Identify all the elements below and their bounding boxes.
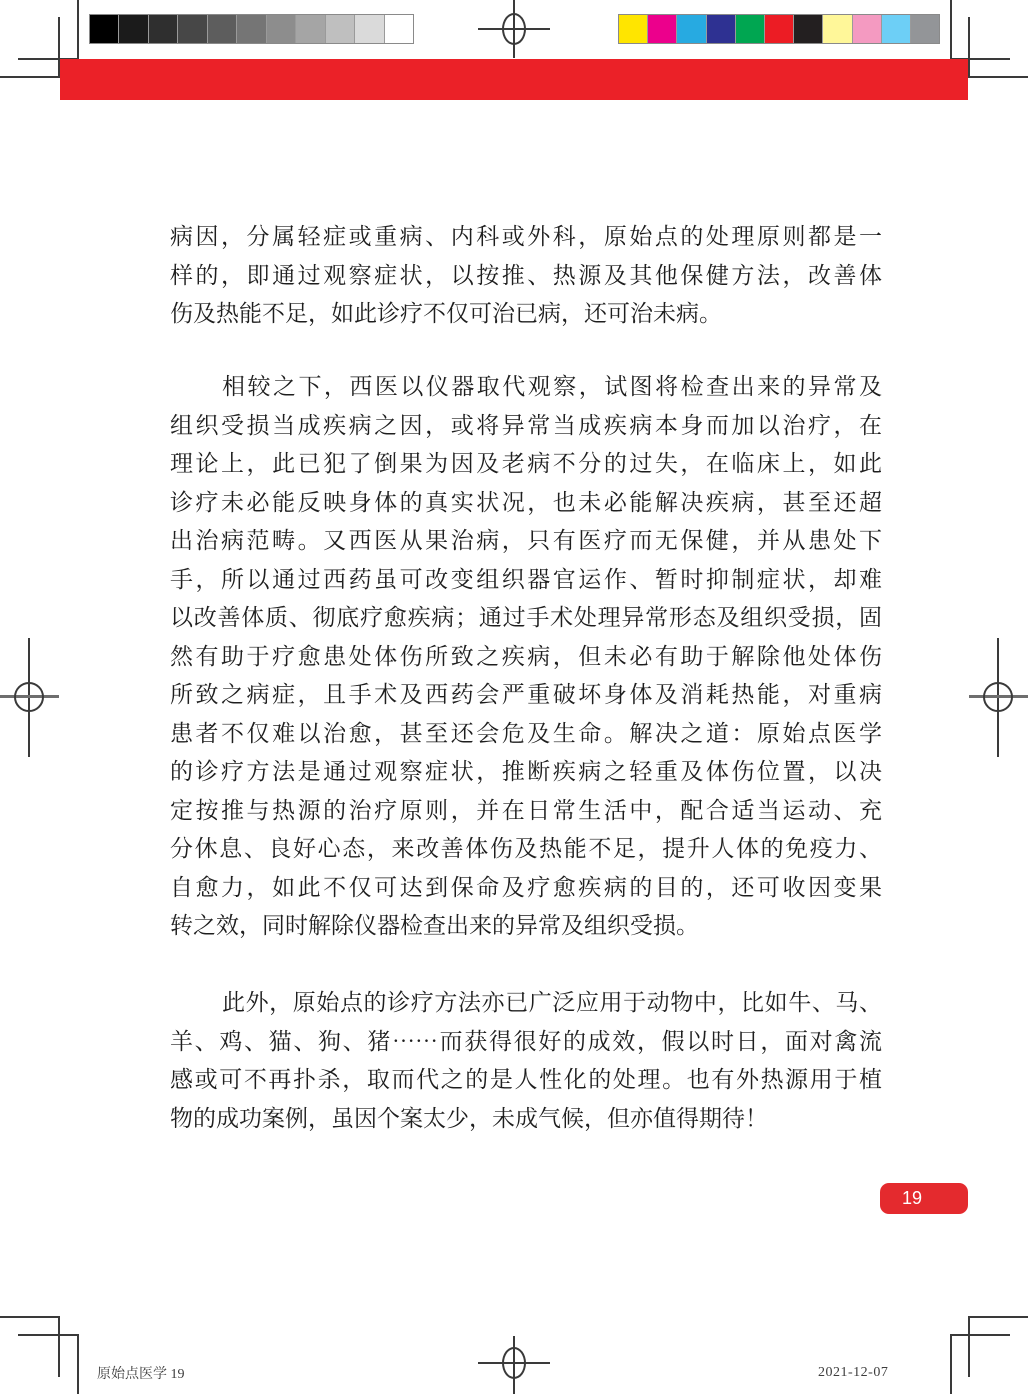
crop-mark	[968, 76, 1028, 78]
calibration-swatch	[355, 15, 384, 43]
paragraph: 此外，原始点的诊疗方法亦已广泛应用于动物中，比如牛、马、 羊、鸡、猫、狗、猪⋯⋯…	[170, 983, 882, 1137]
text-line: 定按推与热源的治疗原则，并在日常生活中，配合适当运动、充	[170, 791, 882, 830]
calibration-swatch	[794, 15, 823, 43]
text-line: 所致之病症，且手术及西药会严重破坏身体及消耗热能，对重病	[170, 675, 882, 714]
calibration-swatch	[267, 15, 296, 43]
grayscale-calibration-bar	[89, 14, 414, 44]
page-number-badge: 19	[880, 1183, 968, 1214]
crop-mark	[58, 1316, 60, 1377]
crop-mark	[77, 0, 79, 61]
calibration-swatch	[90, 15, 119, 43]
crop-mark	[18, 1334, 78, 1336]
text-line: 诊疗未必能反映身体的真实状况，也未必能解决疾病，甚至还超	[170, 483, 882, 522]
calibration-swatch	[296, 15, 325, 43]
crop-mark	[0, 1316, 60, 1318]
text-line: 此外，原始点的诊疗方法亦已广泛应用于动物中，比如牛、马、	[170, 983, 882, 1022]
calibration-swatch	[765, 15, 794, 43]
calibration-swatch	[149, 15, 178, 43]
crop-mark	[968, 1316, 970, 1377]
text-line: 以改善体质、彻底疗愈疾病；通过手术处理异常形态及组织受损，固	[170, 598, 882, 637]
text-line: 理论上，此已犯了倒果为因及老病不分的过失，在临床上，如此	[170, 444, 882, 483]
registration-mark	[502, 1347, 526, 1379]
crop-mark	[950, 0, 952, 61]
crop-mark	[950, 1334, 1010, 1336]
calibration-swatch	[882, 15, 911, 43]
calibration-swatch	[823, 15, 852, 43]
crop-mark	[968, 1316, 1028, 1318]
registration-mark	[502, 13, 526, 45]
text-line: 伤及热能不足，如此诊疗不仅可治已病，还可治未病。	[170, 294, 882, 333]
text-line: 手，所以通过西药虽可改变组织器官运作、暂时抑制症状，却难	[170, 560, 882, 599]
text-line: 相较之下，西医以仪器取代观察，试图将检查出来的异常及	[170, 367, 882, 406]
crop-mark	[0, 76, 60, 78]
calibration-swatch	[237, 15, 266, 43]
crop-mark	[950, 1334, 952, 1394]
calibration-swatch	[911, 15, 939, 43]
registration-mark	[983, 682, 1013, 712]
color-calibration-bar	[618, 14, 940, 44]
text-line: 的诊疗方法是通过观察症状，推断疾病之轻重及体伤位置，以决	[170, 752, 882, 791]
calibration-swatch	[648, 15, 677, 43]
calibration-swatch	[326, 15, 355, 43]
footer-book-title: 原始点医学 19	[97, 1363, 185, 1383]
paragraph: 相较之下，西医以仪器取代观察，试图将检查出来的异常及 组织受损当成疾病之因，或将…	[170, 367, 882, 945]
text-line: 出治病范畴。又西医从果治病，只有医疗而无保健，并从患处下	[170, 521, 882, 560]
calibration-swatch	[119, 15, 148, 43]
text-line: 然有助于疗愈患处体伤所致之疾病，但未必有助于解除他处体伤	[170, 637, 882, 676]
crop-mark	[77, 1334, 79, 1394]
calibration-swatch	[677, 15, 706, 43]
text-line: 组织受损当成疾病之因，或将异常当成疾病本身而加以治疗，在	[170, 406, 882, 445]
crop-mark	[968, 17, 970, 77]
text-line: 羊、鸡、猫、狗、猪⋯⋯而获得很好的成效，假以时日，面对禽流	[170, 1022, 882, 1061]
calibration-swatch	[178, 15, 207, 43]
text-line: 感或可不再扑杀，取而代之的是人性化的处理。也有外热源用于植	[170, 1060, 882, 1099]
text-line: 患者不仅难以治愈，甚至还会危及生命。解决之道：原始点医学	[170, 714, 882, 753]
calibration-swatch	[707, 15, 736, 43]
red-header-banner	[60, 59, 968, 100]
calibration-swatch	[736, 15, 765, 43]
calibration-swatch	[208, 15, 237, 43]
text-line: 病因，分属轻症或重病、内科或外科，原始点的处理原则都是一	[170, 217, 882, 256]
paragraph: 病因，分属轻症或重病、内科或外科，原始点的处理原则都是一 样的，即通过观察症状，…	[170, 217, 882, 333]
text-line: 分休息、良好心态，来改善体伤及热能不足，提升人体的免疫力、	[170, 829, 882, 868]
footer-date: 2021-12-07	[818, 1365, 888, 1381]
registration-mark	[14, 682, 44, 712]
text-line: 转之效，同时解除仪器检查出来的异常及组织受损。	[170, 906, 882, 945]
calibration-swatch	[385, 15, 413, 43]
calibration-swatch	[619, 15, 648, 43]
text-line: 样的，即通过观察症状，以按推、热源及其他保健方法，改善体	[170, 256, 882, 295]
page-number: 19	[902, 1188, 922, 1209]
calibration-swatch	[853, 15, 882, 43]
text-line: 自愈力，如此不仅可达到保命及疗愈疾病的目的，还可收因变果	[170, 868, 882, 907]
scanned-book-page: 病因，分属轻症或重病、内科或外科，原始点的处理原则都是一 样的，即通过观察症状，…	[0, 0, 1028, 1394]
text-line: 物的成功案例，虽因个案太少，未成气候，但亦值得期待！	[170, 1099, 882, 1138]
